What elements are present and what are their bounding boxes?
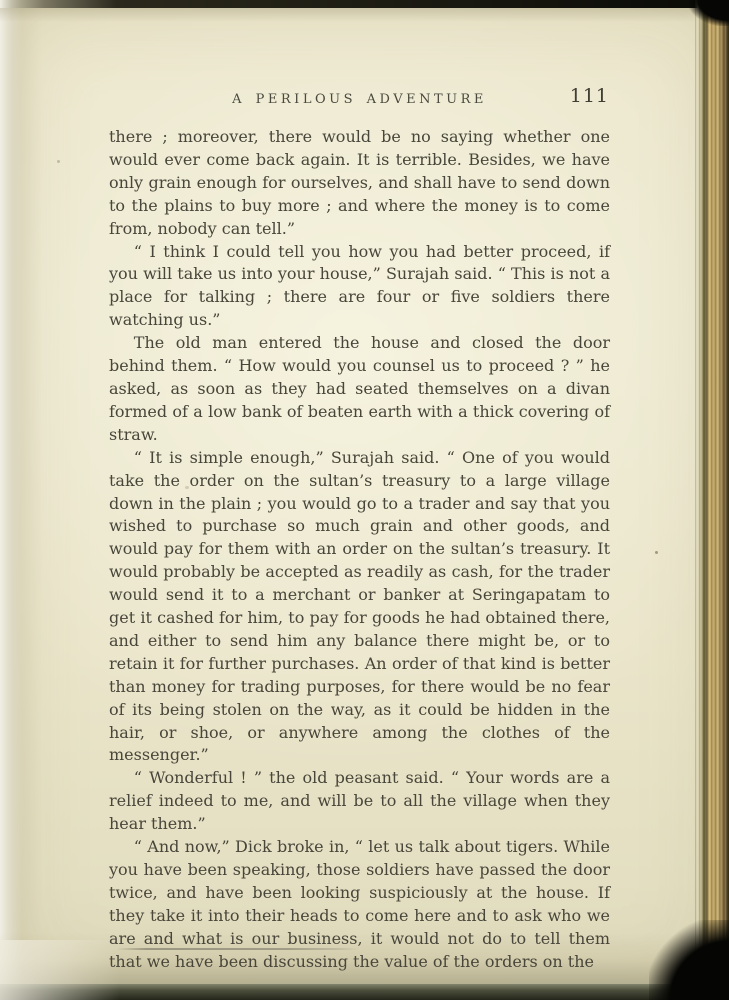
- paragraph: “ It is simple enough,” Surajah said. “ …: [109, 447, 610, 768]
- running-head: A PERILOUS ADVENTURE 111: [109, 88, 610, 110]
- scan-top-border: [0, 0, 729, 8]
- page-gutter-edge: [0, 0, 42, 1000]
- paragraph: “ Wonderful ! ” the old peasant said. “ …: [109, 767, 610, 836]
- scan-corner-top-right: [689, 0, 729, 26]
- body-text: there ; moreover, there would be no sayi…: [109, 126, 610, 974]
- printed-page-content: A PERILOUS ADVENTURE 111 there ; moreove…: [109, 88, 610, 974]
- paragraph: there ; moreover, there would be no sayi…: [109, 126, 610, 241]
- running-title: A PERILOUS ADVENTURE: [109, 88, 610, 107]
- paragraph: “ And now,” Dick broke in, “ let us talk…: [109, 836, 610, 973]
- stacked-page-edges: [695, 0, 729, 1000]
- paper-speck: [57, 160, 60, 163]
- paragraph: “ I think I could tell you how you had b…: [109, 241, 610, 333]
- paper-speck: [655, 551, 658, 554]
- scan-corner-bottom-right: [649, 920, 729, 1000]
- paragraph: The old man entered the house and closed…: [109, 332, 610, 447]
- book-page-scan: A PERILOUS ADVENTURE 111 there ; moreove…: [0, 0, 729, 1000]
- bottom-left-page-edge: [0, 940, 120, 1000]
- page-number: 111: [570, 85, 609, 107]
- scan-top-shadow: [0, 8, 729, 22]
